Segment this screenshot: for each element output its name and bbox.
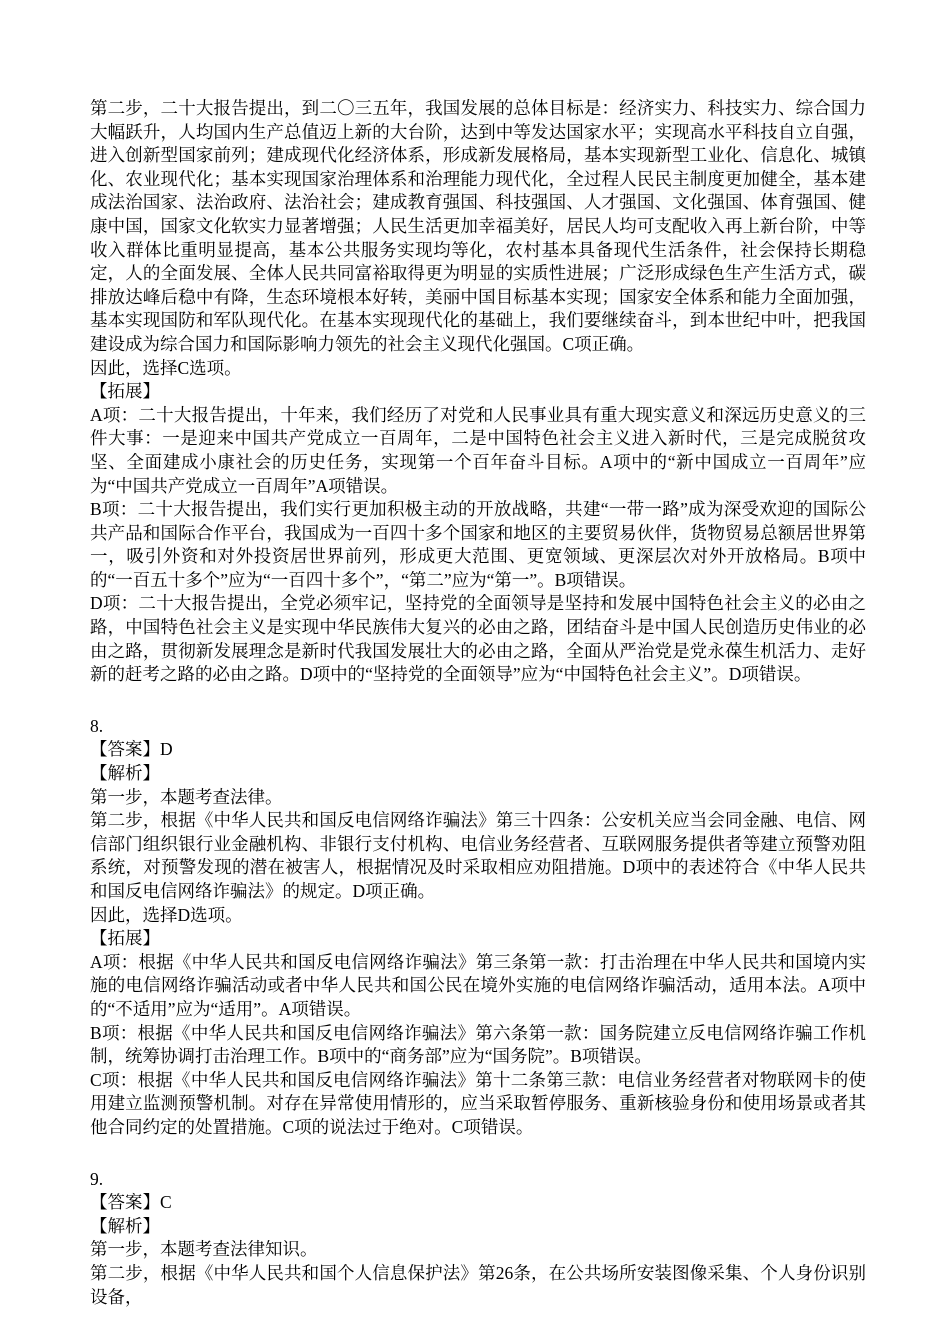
document-page: 第二步，二十大报告提出，到二〇三五年，我国发展的总体目标是：经济实力、科技实力、… xyxy=(0,0,950,1344)
q9-analysis-header: 【解析】 xyxy=(90,1215,866,1239)
q8-option-c-analysis: C项：根据《中华人民共和国反电信网络诈骗法》第十二条第三款：电信业务经营者对物联… xyxy=(90,1069,866,1140)
q9-answer: 【答案】C xyxy=(90,1191,866,1215)
q8-expansion-header: 【拓展】 xyxy=(90,927,866,951)
q9-number: 9. xyxy=(90,1168,866,1192)
q8-analysis-header: 【解析】 xyxy=(90,762,866,786)
q8-step2-analysis: 第二步，根据《中华人民共和国反电信网络诈骗法》第三十四条：公安机关应当会同金融、… xyxy=(90,809,866,903)
q8-number: 8. xyxy=(90,715,866,739)
q9-step1: 第一步，本题考查法律知识。 xyxy=(90,1238,866,1262)
q7-conclusion: 因此，选择C选项。 xyxy=(90,357,866,381)
q7-option-b-analysis: B项：二十大报告提出，我们实行更加积极主动的开放战略，共建“一带一路”成为深受欢… xyxy=(90,498,866,592)
q8-option-a-analysis: A项：根据《中华人民共和国反电信网络诈骗法》第三条第一款：打击治理在中华人民共和… xyxy=(90,951,866,1022)
q8-conclusion: 因此，选择D选项。 xyxy=(90,904,866,928)
q7-step2-analysis: 第二步，二十大报告提出，到二〇三五年，我国发展的总体目标是：经济实力、科技实力、… xyxy=(90,97,866,357)
q8-answer: 【答案】D xyxy=(90,738,866,762)
q7-option-a-analysis: A项：二十大报告提出，十年来，我们经历了对党和人民事业具有重大现实意义和深远历史… xyxy=(90,404,866,498)
q7-expansion-header: 【拓展】 xyxy=(90,380,866,404)
q9-step2-analysis: 第二步，根据《中华人民共和国个人信息保护法》第26条，在公共场所安装图像采集、个… xyxy=(90,1262,866,1309)
q7-option-d-analysis: D项：二十大报告提出，全党必须牢记，坚持党的全面领导是坚持和发展中国特色社会主义… xyxy=(90,592,866,686)
q8-step1: 第一步，本题考查法律。 xyxy=(90,786,866,810)
q8-option-b-analysis: B项：根据《中华人民共和国反电信网络诈骗法》第六条第一款：国务院建立反电信网络诈… xyxy=(90,1022,866,1069)
